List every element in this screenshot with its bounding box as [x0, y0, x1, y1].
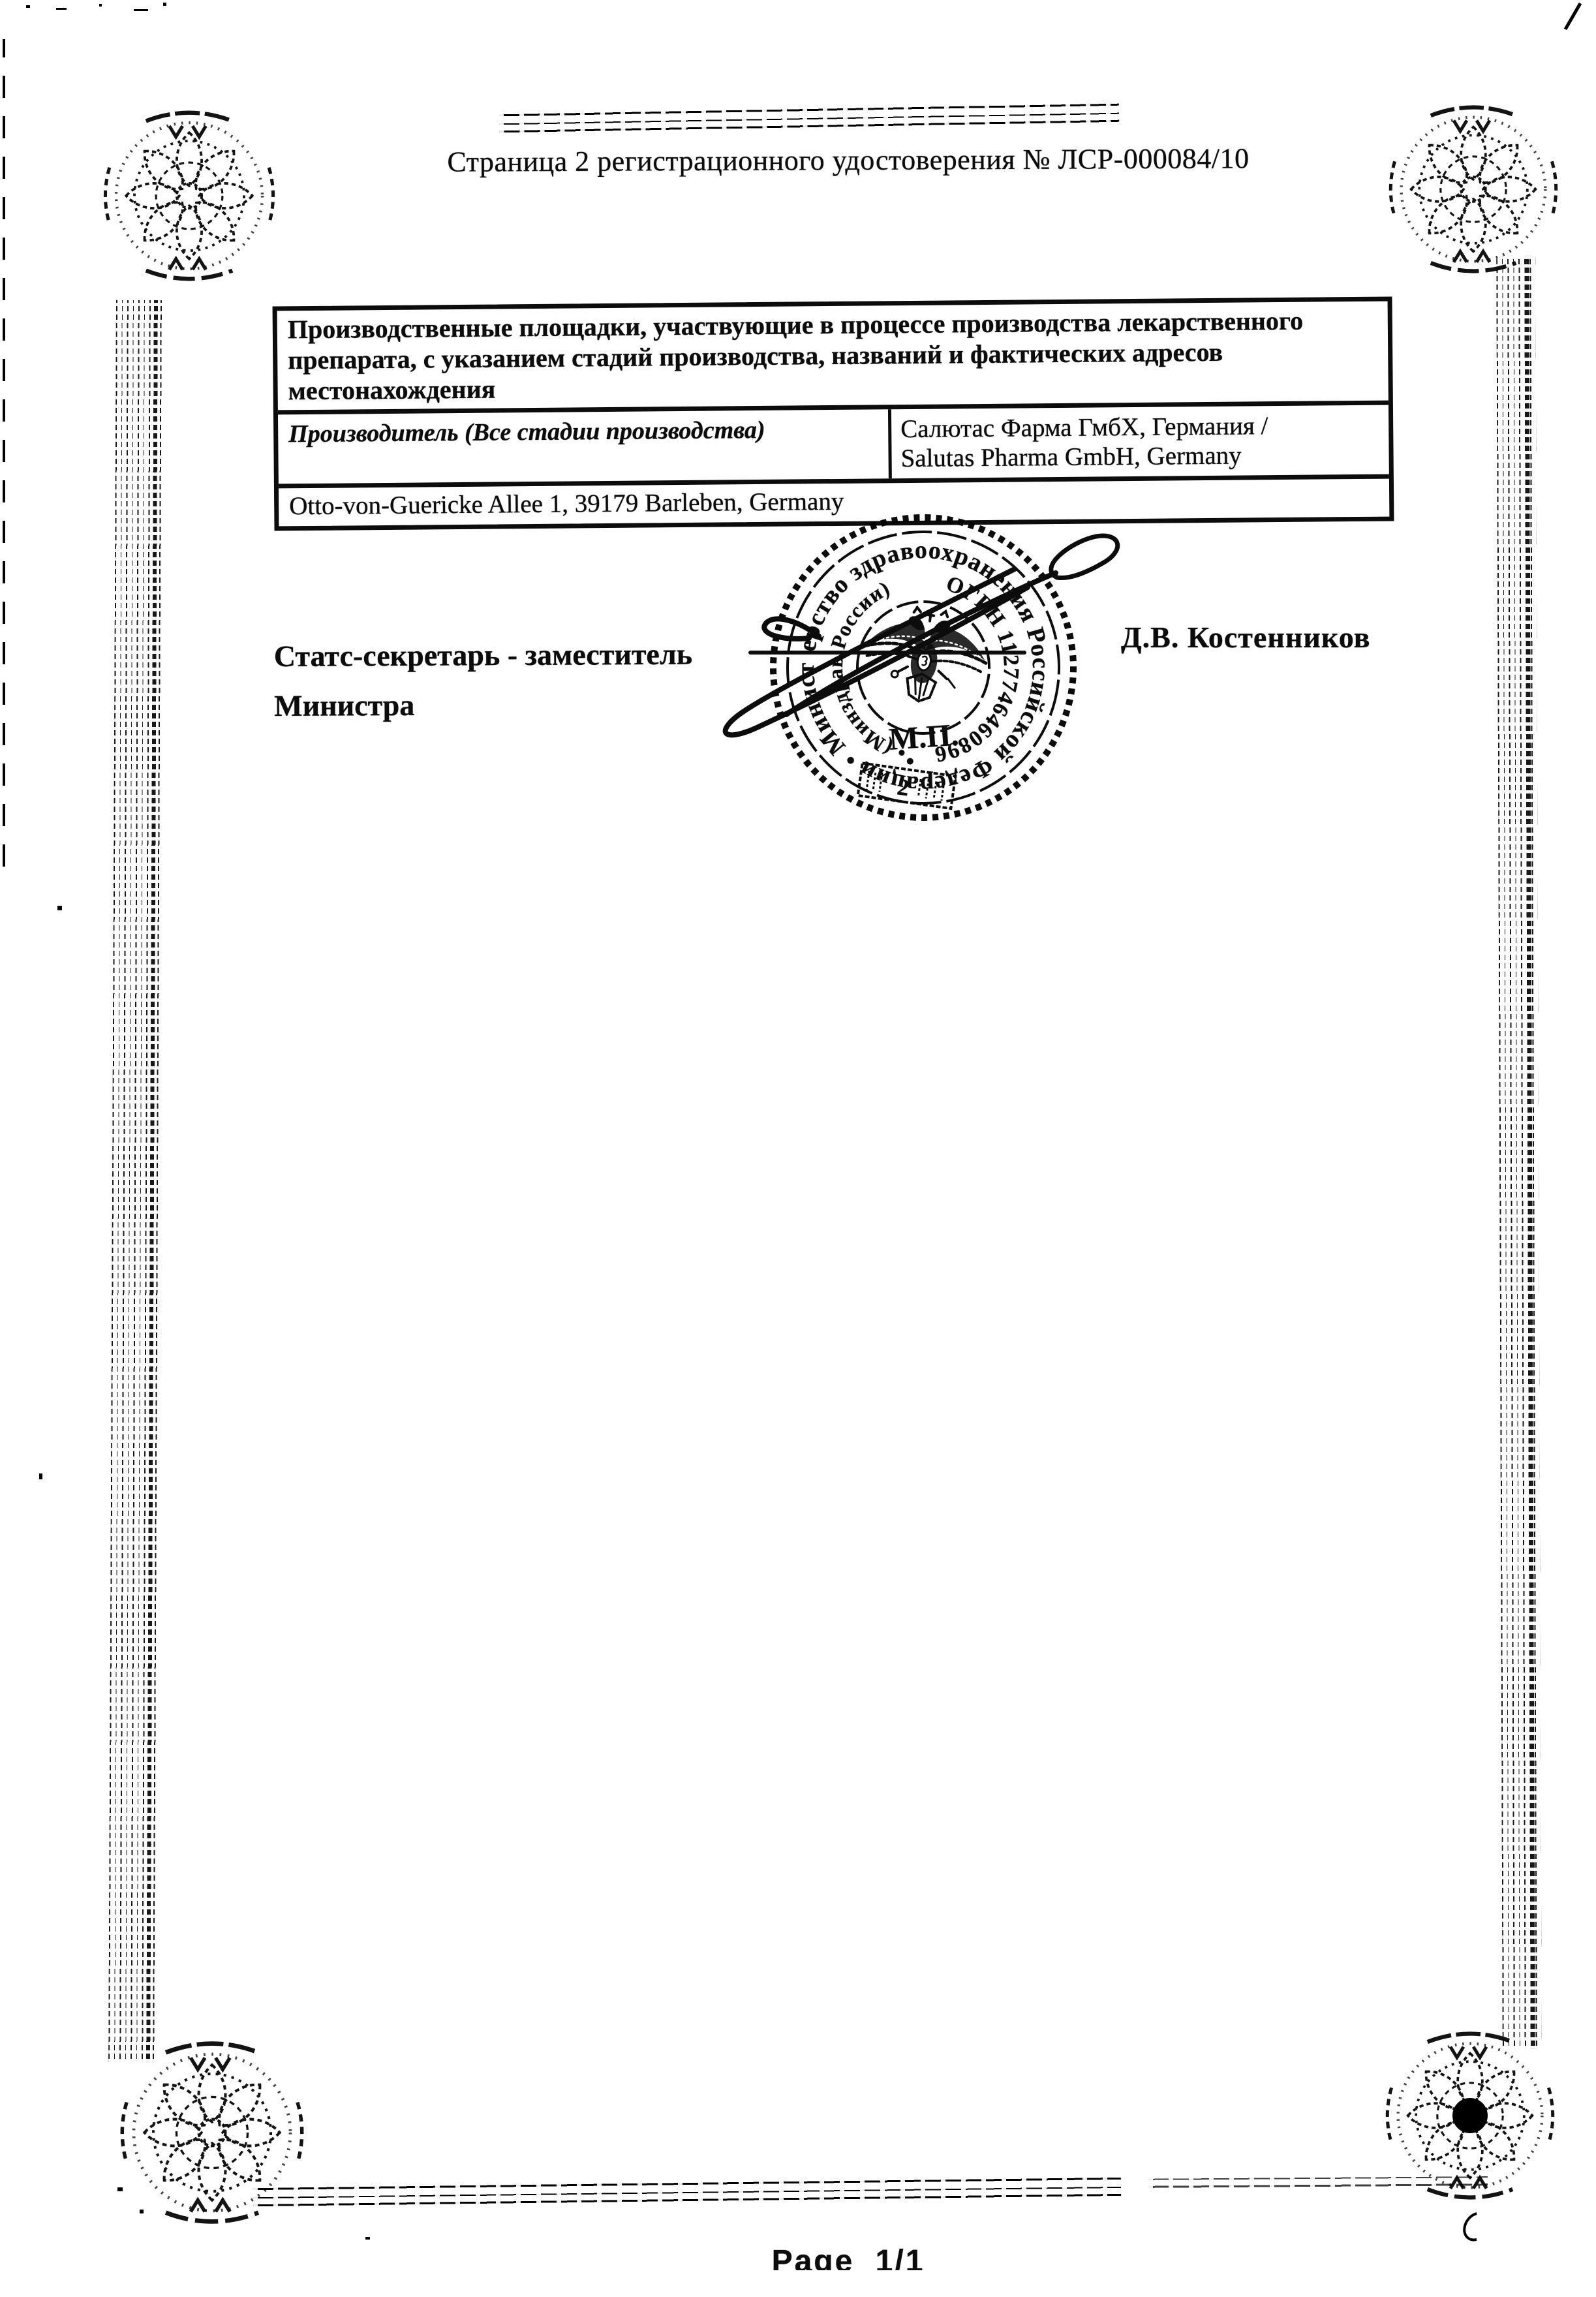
- scan-speck: [39, 1473, 42, 1479]
- corner-rosette-bottom-left: [114, 2035, 310, 2230]
- scan-edge-line-left: [3, 39, 5, 867]
- seal-mp-label: М.П.: [888, 718, 960, 757]
- table-header-cell: Производственные площадки, участвующие в…: [277, 301, 1389, 415]
- scan-speck: [365, 2237, 370, 2240]
- scan-speck: [134, 9, 148, 11]
- scan-noise-top: [499, 90, 1120, 139]
- producer-value-en: Salutas Pharma GmbH, Germany: [900, 440, 1379, 473]
- scan-curl-mark: [1458, 2206, 1496, 2246]
- official-seal: ерство здравоохранения Российской Федера…: [352, 496, 1201, 887]
- footer-page-label: Page 1/1: [708, 2245, 989, 2270]
- punch-hole-dot: [1452, 2098, 1488, 2133]
- corner-rosette-top-right: [1383, 99, 1563, 279]
- scan-speck: [99, 4, 102, 7]
- scan-speck: [163, 3, 166, 6]
- guilloche-border-right: [1496, 256, 1542, 2049]
- producer-label-cell: Производитель (Все стадии производства): [278, 409, 892, 484]
- scan-speck: [1564, 3, 1582, 30]
- scan-speck: [57, 906, 62, 910]
- table-row-producer: Производитель (Все стадии производства) …: [278, 405, 1389, 489]
- guilloche-border-left: [108, 300, 164, 2062]
- signature-strokes: [726, 536, 1118, 735]
- producer-value-cell: Салютас Фарма ГмбХ, Германия / Salutas P…: [891, 405, 1389, 479]
- producer-value-ru: Салютас Фарма ГмбХ, Германия /: [900, 410, 1379, 444]
- scan-speck: [56, 8, 67, 10]
- seal-body: ерство здравоохранения Российской Федера…: [754, 498, 1093, 837]
- corner-rosette-top-left: [98, 104, 281, 287]
- scanned-certificate-page: Страница 2 регистрационного удостоверени…: [0, 0, 1596, 2297]
- scan-noise-bottom: [253, 2168, 1122, 2212]
- scan-speck: [26, 5, 30, 8]
- page-title: Страница 2 регистрационного удостоверени…: [431, 142, 1266, 179]
